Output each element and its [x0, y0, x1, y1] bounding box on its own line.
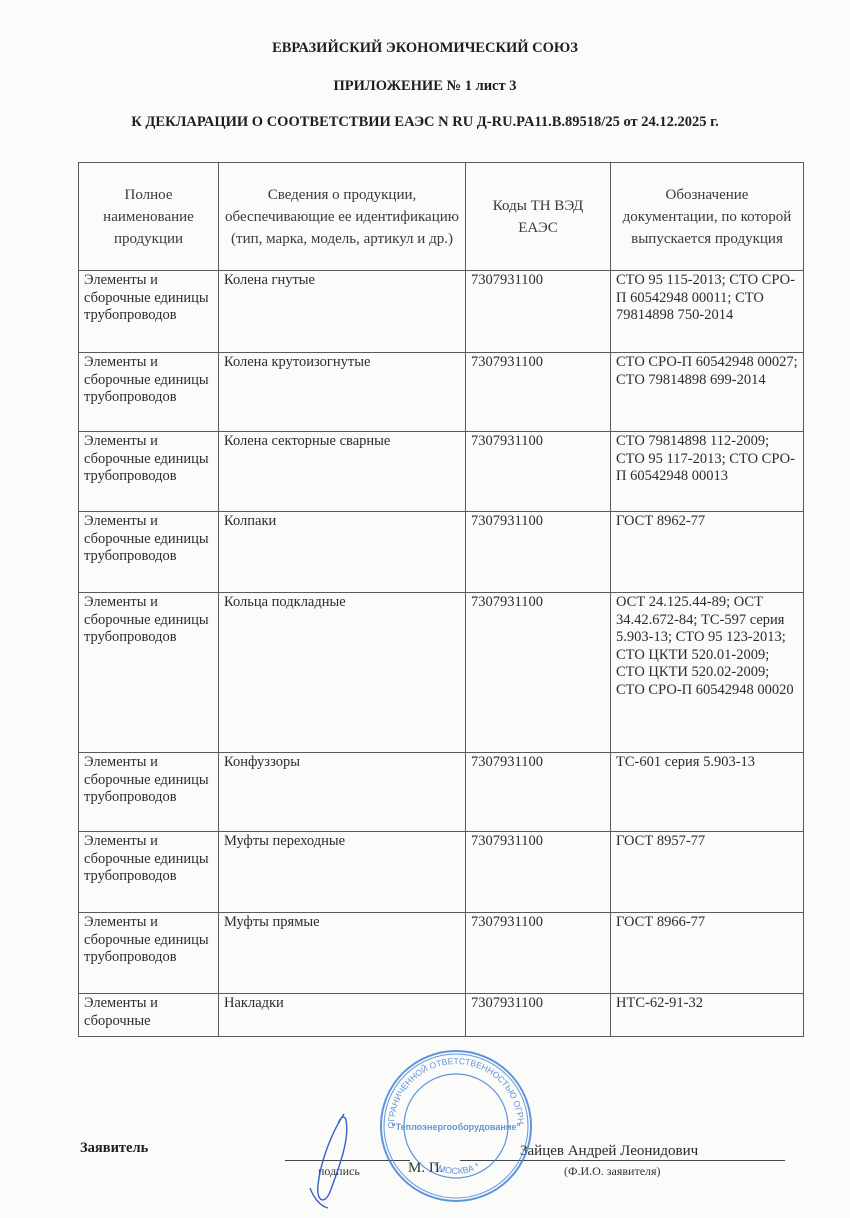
table-header-row: Полное наименование продукции Сведения о…: [79, 163, 804, 271]
cell-code: 7307931100: [466, 753, 611, 832]
applicant-label: Заявитель: [80, 1140, 148, 1157]
signature-icon: [300, 1110, 370, 1210]
cell-info: Колпаки: [219, 512, 466, 593]
products-table: Полное наименование продукции Сведения о…: [78, 162, 804, 1037]
cell-info: Кольца подкладные: [219, 593, 466, 753]
svg-text:ОБЩЕСТВО С ОГРАНИЧЕННОЙ ОТВЕТС: ОБЩЕСТВО С ОГРАНИЧЕННОЙ ОТВЕТСТВЕННОСТЬЮ…: [378, 1048, 526, 1129]
company-stamp-icon: ОБЩЕСТВО С ОГРАНИЧЕННОЙ ОТВЕТСТВЕННОСТЬЮ…: [378, 1048, 534, 1204]
table-row: Элементы и сборочныеНакладки7307931100НТ…: [79, 994, 804, 1037]
cell-name: Элементы и сборочные единицы трубопровод…: [79, 593, 219, 753]
table-row: Элементы и сборочные единицы трубопровод…: [79, 832, 804, 913]
cell-info: Муфты переходные: [219, 832, 466, 913]
column-header-name: Полное наименование продукции: [79, 163, 219, 271]
cell-info: Колена секторные сварные: [219, 432, 466, 512]
cell-code: 7307931100: [466, 913, 611, 994]
declaration-title: К ДЕКЛАРАЦИИ О СООТВЕТСТВИИ ЕАЭС N RU Д-…: [0, 114, 850, 131]
cell-code: 7307931100: [466, 593, 611, 753]
cell-code: 7307931100: [466, 353, 611, 432]
cell-docs: СТО 95 115-2013; СТО СРО-П 60542948 0001…: [611, 271, 804, 353]
cell-name: Элементы и сборочные единицы трубопровод…: [79, 832, 219, 913]
cell-docs: ГОСТ 8962-77: [611, 512, 804, 593]
cell-info: Муфты прямые: [219, 913, 466, 994]
cell-info: Колена гнутые: [219, 271, 466, 353]
table-row: Элементы и сборочные единицы трубопровод…: [79, 593, 804, 753]
cell-docs: НТС-62-91-32: [611, 994, 804, 1037]
appendix-title: ПРИЛОЖЕНИЕ № 1 лист 3: [0, 78, 850, 95]
name-caption: (Ф.И.О. заявителя): [564, 1164, 661, 1179]
cell-name: Элементы и сборочные единицы трубопровод…: [79, 913, 219, 994]
union-title: ЕВРАЗИЙСКИЙ ЭКОНОМИЧЕСКИЙ СОЮЗ: [0, 40, 850, 57]
cell-code: 7307931100: [466, 994, 611, 1037]
cell-name: Элементы и сборочные единицы трубопровод…: [79, 753, 219, 832]
cell-docs: СТО СРО-П 60542948 00027; СТО 79814898 6…: [611, 353, 804, 432]
table-row: Элементы и сборочные единицы трубопровод…: [79, 913, 804, 994]
cell-code: 7307931100: [466, 271, 611, 353]
column-header-docs: Обозначение документации, по которой вып…: [611, 163, 804, 271]
table-row: Элементы и сборочные единицы трубопровод…: [79, 432, 804, 512]
cell-info: Конфуззоры: [219, 753, 466, 832]
svg-text:* МОСКВА *: * МОСКВА *: [431, 1161, 481, 1177]
cell-docs: ТС-601 серия 5.903-13: [611, 753, 804, 832]
column-header-code: Коды ТН ВЭД ЕАЭС: [466, 163, 611, 271]
cell-docs: ГОСТ 8957-77: [611, 832, 804, 913]
cell-name: Элементы и сборочные единицы трубопровод…: [79, 353, 219, 432]
cell-name: Элементы и сборочные: [79, 994, 219, 1037]
cell-name: Элементы и сборочные единицы трубопровод…: [79, 432, 219, 512]
table-row: Элементы и сборочные единицы трубопровод…: [79, 353, 804, 432]
table-row: Элементы и сборочные единицы трубопровод…: [79, 753, 804, 832]
applicant-name: Зайцев Андрей Леонидович: [520, 1143, 698, 1160]
cell-code: 7307931100: [466, 512, 611, 593]
cell-docs: ОСТ 24.125.44-89; ОСТ 34.42.672-84; ТС-5…: [611, 593, 804, 753]
table-row: Элементы и сборочные единицы трубопровод…: [79, 512, 804, 593]
cell-name: Элементы и сборочные единицы трубопровод…: [79, 512, 219, 593]
table-row: Элементы и сборочные единицы трубопровод…: [79, 271, 804, 353]
column-header-info: Сведения о продукции, обеспечивающие ее …: [219, 163, 466, 271]
cell-docs: СТО 79814898 112-2009; СТО 95 117-2013; …: [611, 432, 804, 512]
cell-docs: ГОСТ 8966-77: [611, 913, 804, 994]
cell-name: Элементы и сборочные единицы трубопровод…: [79, 271, 219, 353]
cell-code: 7307931100: [466, 432, 611, 512]
cell-code: 7307931100: [466, 832, 611, 913]
svg-text:"Теплоэнергооборудование": "Теплоэнергооборудование": [391, 1122, 520, 1132]
cell-info: Накладки: [219, 994, 466, 1037]
cell-info: Колена крутоизогнутые: [219, 353, 466, 432]
